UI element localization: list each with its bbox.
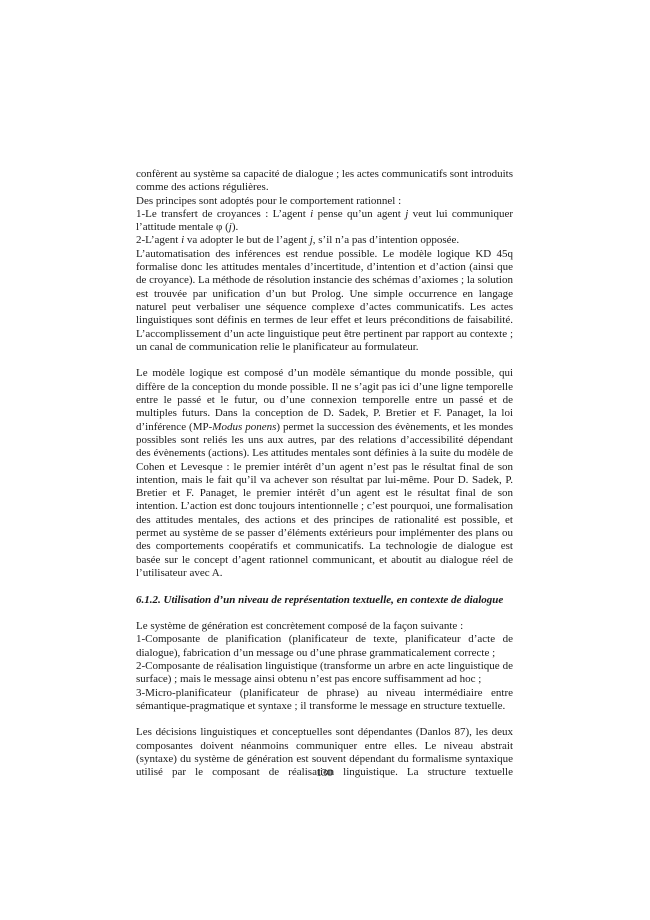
list-item: 3-Micro-planificateur (planificateur de … <box>136 687 513 714</box>
paragraph: Des principes sont adoptés pour le compo… <box>136 195 513 208</box>
document-page: { "document": { "language": "fr", "page_… <box>0 0 650 920</box>
list-item: 2-Composante de réalisation linguistique… <box>136 660 513 687</box>
page-body-text: confèrent au système sa capacité de dial… <box>136 168 513 780</box>
paragraph: Le modèle logique est composé d’un modèl… <box>136 367 513 580</box>
paragraph: L’automatisation des inférences est rend… <box>136 248 513 354</box>
list-item: 2-L’agent i va adopter le but de l’agent… <box>136 234 513 247</box>
paragraph: confèrent au système sa capacité de dial… <box>136 168 513 195</box>
page-number: 130 <box>136 767 513 780</box>
section-heading: 6.1.2. Utilisation d’un niveau de représ… <box>136 594 513 607</box>
list-item: 1-Le transfert de croyances : L’agent i … <box>136 208 513 235</box>
paragraph: Le système de génération est concrètemen… <box>136 620 513 633</box>
list-item: 1-Composante de planification (planifica… <box>136 633 513 660</box>
